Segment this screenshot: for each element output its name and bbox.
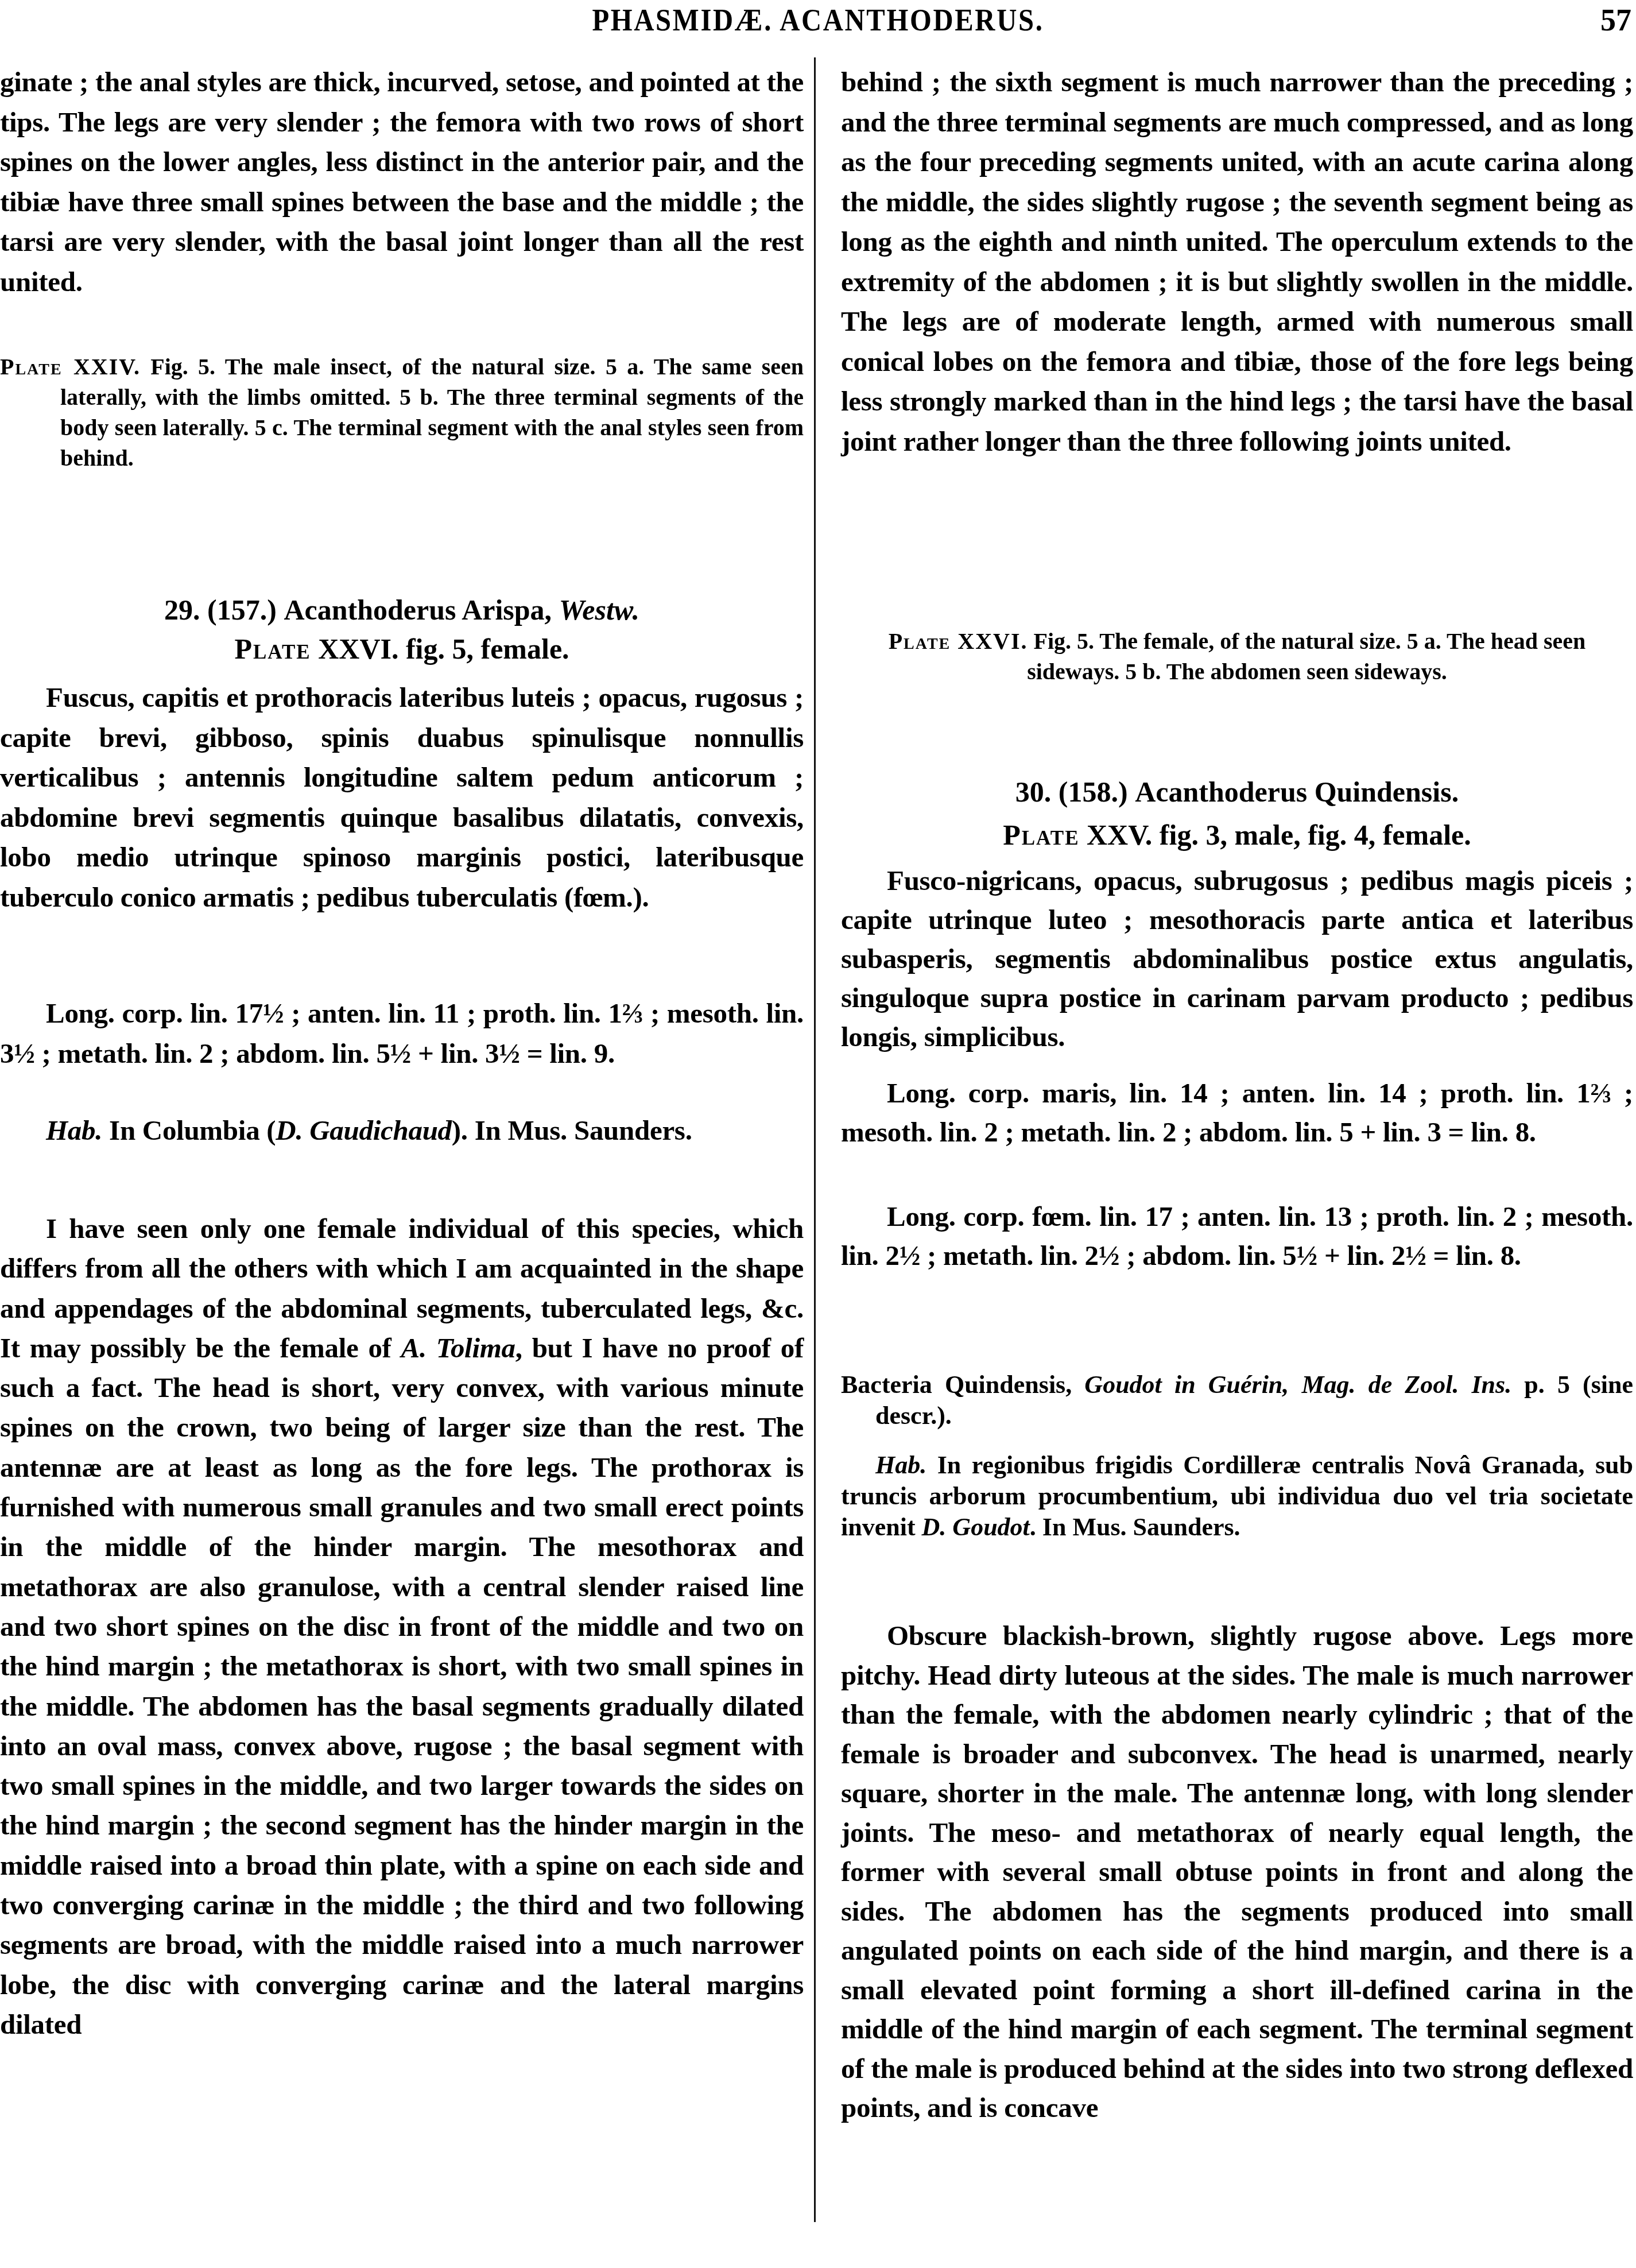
species-heading: 30. (158.) Acanthoderus Quindensis. — [841, 772, 1633, 811]
plate-caption-label: Plate XXIV. — [0, 354, 141, 380]
english-description: I have seen only one female individual o… — [0, 1209, 804, 2044]
species-heading: 29. (157.) Acanthoderus Arispa, Westw. — [0, 590, 804, 629]
plate-caption: Plate XXVI. Fig. 5. The female, of the n… — [841, 626, 1633, 687]
plate-label: Plate — [234, 633, 311, 665]
synonym-name: Bacteria Quindensis, — [841, 1371, 1084, 1399]
plate-ref: XXVI. fig. 5, female. — [318, 633, 569, 665]
species-author: Westw. — [559, 594, 639, 626]
habitat-museum: . In Mus. Saunders. — [1030, 1513, 1240, 1541]
plate-caption: Plate XXIV. Fig. 5. The male insect, of … — [0, 351, 804, 473]
plate-label: Plate — [1003, 819, 1079, 851]
synonymy: Bacteria Quindensis, Goudot in Guérin, M… — [841, 1369, 1633, 1431]
habitat-label: Hab. — [875, 1451, 926, 1479]
plate-caption-text: Fig. 5. The female, of the natural size.… — [1027, 628, 1585, 684]
english-description: Obscure blackish-brown, slightly rugose … — [841, 1616, 1633, 2128]
habitat: Hab. In Columbia (D. Gaudichaud). In Mus… — [0, 1114, 804, 1147]
habitat-text: In Columbia ( — [102, 1114, 276, 1146]
plate-caption-text: Fig. 5. The male insect, of the natural … — [60, 354, 804, 471]
habitat-collector: D. Gaudichaud — [276, 1114, 452, 1146]
running-title: PHASMIDÆ. ACANTHODERUS. — [82, 2, 1554, 38]
species-number: 29. (157.) — [164, 594, 277, 626]
latin-description: Fuscus, capitis et prothoracis lateribus… — [0, 678, 804, 917]
habitat-collector: D. Goudot — [922, 1513, 1030, 1541]
continuation-paragraph: ginate ; the anal styles are thick, incu… — [0, 62, 804, 301]
running-head: PHASMIDÆ. ACANTHODERUS. 57 — [0, 2, 1636, 42]
species-number: 30. (158.) — [1015, 776, 1128, 808]
species-plate-ref: Plate XXVI. fig. 5, female. — [0, 629, 804, 668]
habitat-label: Hab. — [46, 1114, 102, 1146]
species-name: Acanthoderus Arispa, — [284, 594, 552, 626]
species-name: Acanthoderus Quindensis. — [1135, 776, 1459, 808]
latin-description: Fusco-nigricans, opacus, subrugosus ; pe… — [841, 861, 1633, 1056]
species-plate-ref: Plate XXV. fig. 3, male, fig. 4, female. — [841, 815, 1633, 854]
continuation-paragraph: behind ; the sixth segment is much narro… — [841, 62, 1633, 461]
plate-caption-label: Plate XXVI. — [889, 628, 1028, 654]
habitat-museum: ). In Mus. Saunders. — [452, 1114, 692, 1146]
english-text-cont: , but I have no proof of such a fact. Th… — [0, 1332, 804, 2040]
plate-ref: XXV. fig. 3, male, fig. 4, female. — [1087, 819, 1471, 851]
habitat: Hab. In regionibus frigidis Cordilleræ c… — [841, 1450, 1633, 1543]
measurements-male: Long. corp. maris, lin. 14 ; anten. lin.… — [841, 1074, 1633, 1152]
synonym-reference: Goudot in Guérin, Mag. de Zool. Ins. — [1084, 1371, 1511, 1399]
measurements-female: Long. corp. fœm. lin. 17 ; anten. lin. 1… — [841, 1197, 1633, 1275]
page-number: 57 — [1600, 2, 1631, 38]
column-divider — [814, 57, 816, 2222]
measurements: Long. corp. lin. 17½ ; anten. lin. 11 ; … — [0, 993, 804, 1073]
species-reference: A. Tolima — [401, 1332, 515, 1364]
